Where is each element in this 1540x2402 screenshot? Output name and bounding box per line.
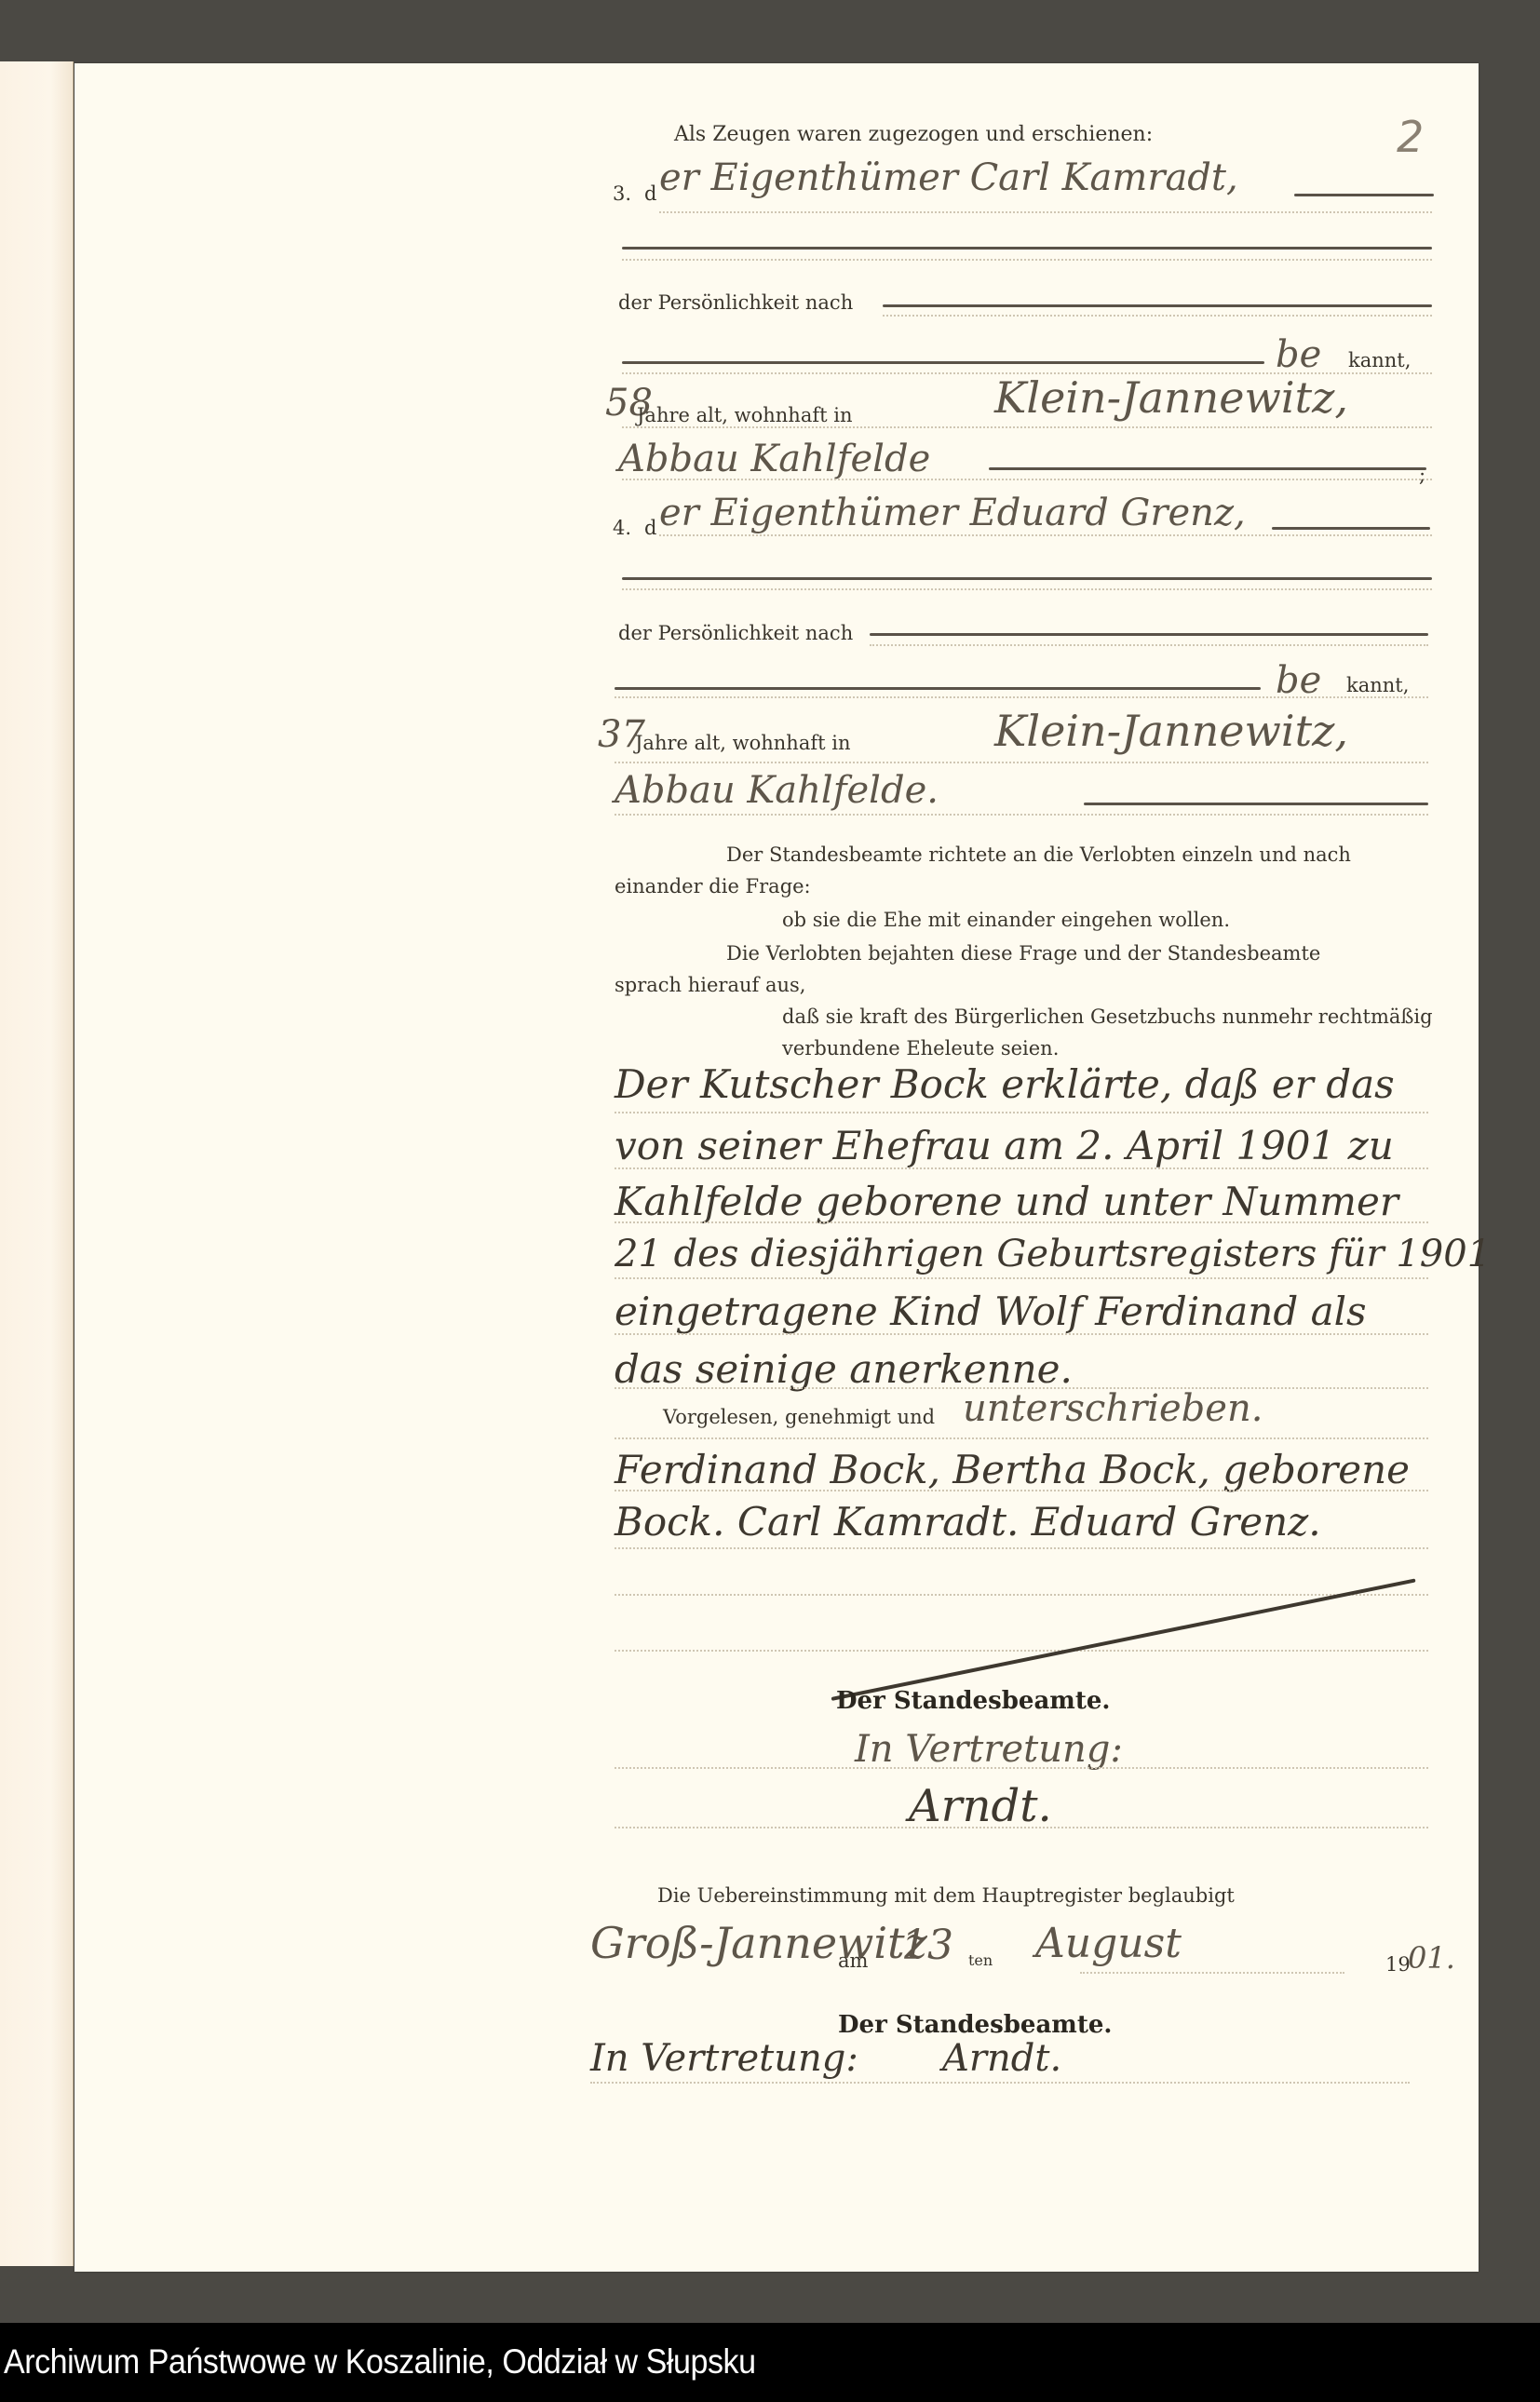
- ceremony-declaration-line1: daß sie kraft des Bürgerlichen Gesetzbuc…: [782, 1005, 1433, 1028]
- dotted-rule: [615, 814, 1428, 816]
- dotted-rule: [622, 426, 1432, 428]
- ceremony-para2-line1: Die Verlobten bejahten diese Frage und d…: [726, 942, 1320, 965]
- certification-am-label: am: [838, 1950, 868, 1972]
- dotted-rule: [615, 1277, 1428, 1279]
- dotted-rule: [590, 2082, 1410, 2084]
- registrar-title-1: Der Standesbeamte.: [836, 1687, 1110, 1715]
- witness4-name: er Eigenthümer Eduard Grenz,: [659, 492, 1246, 534]
- fill-stroke: [989, 467, 1426, 470]
- certification-ten-label: ten: [968, 1951, 993, 1969]
- dotted-rule: [615, 1112, 1428, 1113]
- read-approved-label: Vorgelesen, genehmigt und: [663, 1406, 935, 1428]
- addendum-line-6: das seinige anerkenne.: [615, 1346, 1073, 1392]
- witness3-line-end: ;: [1419, 464, 1425, 486]
- ceremony-declaration-line2: verbundene Eheleute seien.: [782, 1037, 1059, 1059]
- read-approved-handwritten: unterschrieben.: [963, 1387, 1263, 1430]
- witness3-known-prefix: be: [1276, 333, 1321, 376]
- dotted-rule: [622, 259, 1432, 261]
- certification-label: Die Uebereinstimmung mit dem Hauptregist…: [657, 1884, 1235, 1907]
- dotted-rule: [615, 1437, 1428, 1439]
- facing-page-edge: [0, 61, 74, 2266]
- dotted-rule: [615, 1490, 1428, 1491]
- archive-caption: Archiwum Państwowe w Koszalinie, Oddział…: [4, 2342, 756, 2382]
- signatures-line-1: Ferdinand Bock, Bertha Bock, geborene: [615, 1447, 1410, 1492]
- dotted-rule: [615, 1650, 1428, 1652]
- registrar-signature-2: Arndt.: [942, 2037, 1061, 2080]
- witness3-article: d: [644, 182, 656, 205]
- witness3-residence-line2: Abbau Kahlfelde: [618, 438, 930, 480]
- registrar-signature-1: Arndt.: [909, 1780, 1052, 1832]
- fill-stroke: [1084, 803, 1428, 805]
- dotted-rule: [615, 1547, 1428, 1549]
- dotted-rule: [615, 1333, 1428, 1335]
- fill-stroke: [615, 687, 1261, 690]
- witness3-residence-line1: Klein-Jannewitz,: [994, 372, 1348, 423]
- witness3-identity-label: der Persönlichkeit nach: [618, 291, 853, 314]
- witness4-article: d: [644, 517, 656, 539]
- fill-stroke: [1294, 194, 1434, 196]
- witness3-name: er Eigenthümer Carl Kamradt,: [659, 156, 1238, 199]
- witness4-residence-line2: Abbau Kahlfelde.: [615, 769, 939, 812]
- dotted-rule: [659, 534, 1432, 536]
- certification-place: Groß-Jannewitz: [590, 1918, 927, 1968]
- page-number: 2: [1397, 112, 1424, 162]
- certification-year-handwritten: 01.: [1408, 1940, 1455, 1976]
- dotted-rule: [615, 1827, 1428, 1828]
- dotted-rule: [615, 762, 1428, 763]
- witness4-age-residence-label: Jahre alt, wohnhaft in: [635, 732, 850, 754]
- witness4-number: 4.: [613, 517, 631, 539]
- certification-year-printed: 19: [1385, 1953, 1411, 1976]
- signatures-line-2: Bock. Carl Kamradt. Eduard Grenz.: [615, 1499, 1321, 1545]
- addendum-line-4: 21 des diesjährigen Geburtsregisters für…: [615, 1233, 1491, 1275]
- certification-month: August: [1035, 1920, 1182, 1967]
- dotted-rule: [615, 1167, 1428, 1169]
- fill-stroke: [870, 633, 1428, 636]
- witness4-residence-line1: Klein-Jannewitz,: [994, 706, 1348, 756]
- dotted-rule: [870, 644, 1428, 646]
- witness4-identity-label: der Persönlichkeit nach: [618, 622, 853, 644]
- fill-stroke: [1272, 527, 1430, 530]
- addendum-line-5: eingetragene Kind Wolf Ferdinand als: [615, 1289, 1367, 1334]
- dotted-rule: [883, 315, 1432, 317]
- dotted-rule: [622, 588, 1432, 590]
- witness4-known-prefix: be: [1276, 659, 1321, 702]
- witnesses-heading: Als Zeugen waren zugezogen und erschiene…: [674, 123, 1153, 146]
- certification-day: 13: [901, 1922, 953, 1969]
- dotted-rule: [659, 211, 1432, 213]
- addendum-line-1: Der Kutscher Bock erklärte, daß er das: [615, 1061, 1395, 1107]
- witness3-known-suffix: kannt,: [1348, 349, 1411, 371]
- fill-stroke: [622, 361, 1264, 364]
- dotted-rule: [615, 1767, 1428, 1769]
- witness3-number: 3.: [613, 182, 631, 205]
- dotted-rule: [622, 479, 1432, 480]
- witness4-known-suffix: kannt,: [1346, 674, 1409, 696]
- addendum-line-2: von seiner Ehefrau am 2. April 1901 zu: [615, 1123, 1394, 1168]
- registrar-title-2: Der Standesbeamte.: [838, 2011, 1112, 2039]
- registrar-deputy-2: In Vertretung:: [590, 2037, 858, 2080]
- fill-stroke: [883, 304, 1432, 307]
- dotted-rule: [1080, 1972, 1344, 1974]
- dotted-rule: [615, 1594, 1428, 1596]
- witness3-age-residence-label: Jahre alt, wohnhaft in: [637, 404, 852, 426]
- ceremony-para1-line2: einander die Frage:: [615, 875, 811, 897]
- ceremony-para1-line1: Der Standesbeamte richtete an die Verlob…: [726, 843, 1351, 866]
- dotted-rule: [615, 1221, 1428, 1223]
- fill-stroke: [622, 247, 1432, 250]
- ceremony-para2-line2: sprach hierauf aus,: [615, 974, 805, 996]
- registrar-deputy-1: In Vertretung:: [855, 1728, 1123, 1771]
- addendum-line-3: Kahlfelde geborene und unter Nummer: [615, 1179, 1398, 1224]
- fill-stroke: [622, 577, 1432, 580]
- ceremony-question: ob sie die Ehe mit einander eingehen wol…: [782, 909, 1230, 931]
